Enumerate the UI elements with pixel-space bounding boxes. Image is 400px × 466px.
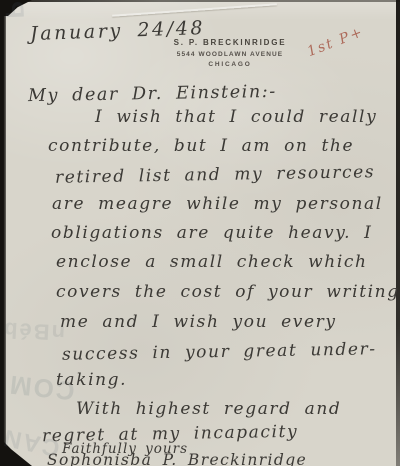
- scan-edge-left: [0, 0, 6, 466]
- body-line: retired list and my resources: [55, 162, 375, 188]
- letterhead-name: S. P. BRECKINRIDGE: [140, 38, 320, 47]
- body-line: me and I wish you every: [60, 312, 337, 332]
- letter-page: PICAN nBéb COM CAN January 24/48 S. P. B…: [0, 0, 400, 466]
- letterhead-city: CHICAGO: [140, 61, 320, 68]
- scan-edge-right: [396, 0, 400, 466]
- letterhead-address: 5544 WOODLAWN AVENUE: [140, 51, 320, 58]
- signature-line: Sophonisba P. Breckinridge: [47, 451, 307, 466]
- body-line: covers the cost of your writing: [56, 282, 400, 302]
- body-line: enclose a small check which: [56, 252, 368, 272]
- body-line: success in your great under-: [62, 339, 377, 364]
- body-line: obligations are quite heavy. I: [51, 223, 373, 243]
- letterhead: S. P. BRECKINRIDGE 5544 WOODLAWN AVENUE …: [140, 38, 320, 68]
- body-line: are meagre while my personal: [52, 194, 383, 214]
- body-line: contribute, but I am on the: [48, 136, 354, 156]
- salutation-line: My dear Dr. Einstein:-: [28, 82, 277, 106]
- body-line: I wish that I could really: [95, 107, 377, 127]
- bleed-through-text: nBéb: [1, 316, 65, 345]
- body-line: taking.: [56, 370, 127, 390]
- archival-note: 1st P+: [305, 24, 366, 60]
- body-line: With highest regard and: [76, 399, 341, 419]
